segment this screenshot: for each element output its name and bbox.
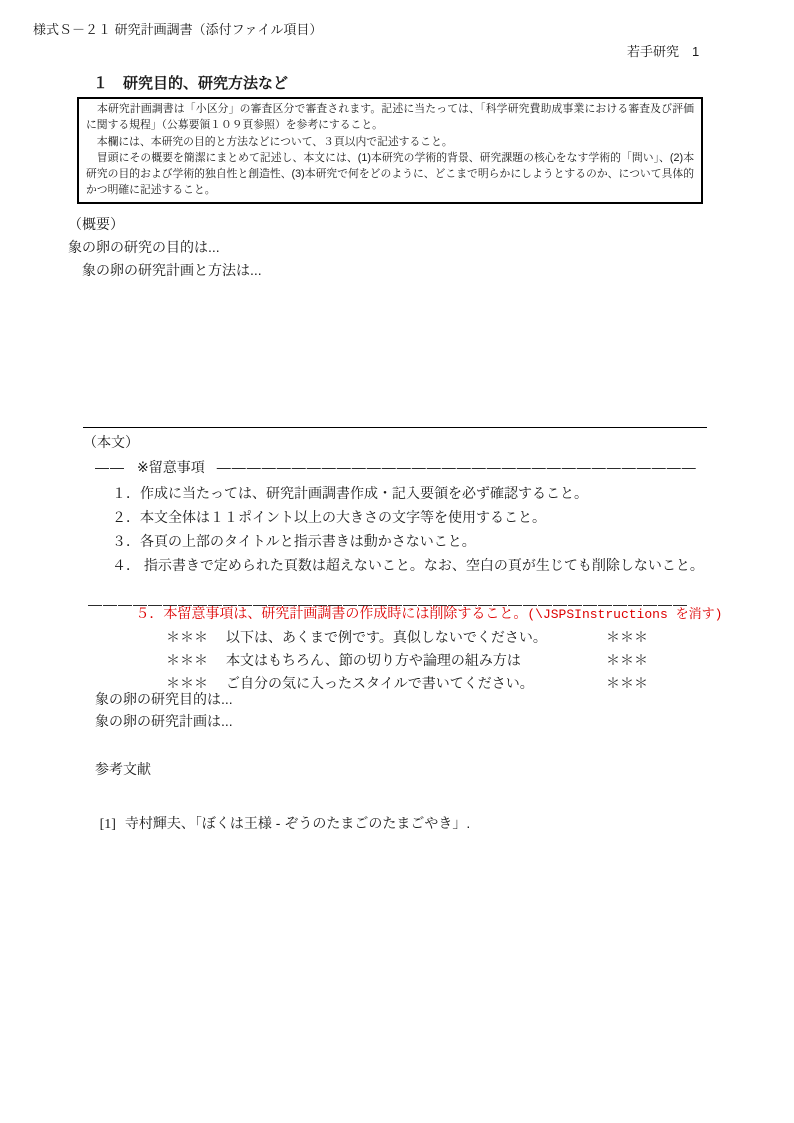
instruction-paragraph-3: 冒頭にその概要を簡潔にまとめて記述し、本文には、(1)本研究の学術的背景、研究課… [86,150,694,199]
references-heading: 参考文献 [95,759,151,779]
note-item-2: ２．本文全体は１１ポイント以上の大きさの文字等を使用すること。 [112,505,722,529]
note-item-1: １．作成に当たっては、研究計画調書作成・記入要領を必ず確認すること。 [112,481,722,505]
example-note-text: ご自分の気に入ったスタイルで書いてください。 [226,672,606,695]
instruction-paragraph-1: 本研究計画調書は「小区分」の審査区分で審査されます。記述に当たっては、「科学研究… [86,101,694,134]
note-item-4: ４． 指示書きで定められた頁数は超えないこと。なお、空白の頁が生じても削除しない… [112,553,722,577]
summary-line: 象の卵の研究の目的は... [68,236,262,259]
dash-run: ———————————————————————————————— [217,459,697,475]
form-number-label: 様式Ｓ－２１ 研究計画調書（添付ファイル項目） [33,19,322,38]
reference-text: 寺村輝夫、「ぼくは王様 - ぞうのたまごのたまごやき」. [125,815,470,831]
instruction-paragraph-2: 本欄には、本研究の目的と方法などについて、３頁以内で記述すること。 [86,134,694,150]
horizontal-rule [83,427,707,428]
example-body-lines: 象の卵の研究目的は... 象の卵の研究計画は... [95,688,233,732]
example-note-text: 本文はもちろん、節の切り方や論理の組み方は [226,649,606,672]
notes-header: —— ※留意事項 ———————————————————————————————… [95,457,697,477]
example-note-row: ＊＊＊本文はもちろん、節の切り方や論理の組み方は＊＊＊ [166,649,648,672]
example-body-line: 象の卵の研究計画は... [95,710,233,732]
asterisk-marker: ＊＊＊ [606,649,648,672]
summary-line: 象の卵の研究計画と方法は... [68,259,262,282]
example-note-text: 以下は、あくまで例です。真似しないでください。 [226,626,606,649]
reference-entry: [1]寺村輝夫、「ぼくは王様 - ぞうのたまごのたまごやき」. [84,797,470,849]
asterisk-marker: ＊＊＊ [166,649,208,672]
summary-label: （概要） [68,213,262,236]
section-heading: １ 研究目的、研究方法など [93,72,288,93]
note-item-3: ３．各頁の上部のタイトルと指示書きは動かさないこと。 [112,529,722,553]
document-page: 様式Ｓ－２１ 研究計画調書（添付ファイル項目） 若手研究 1 １ 研究目的、研究… [0,0,794,1123]
reference-marker: [1] [100,817,116,832]
summary-section: （概要） 象の卵の研究の目的は... 象の卵の研究計画と方法は... [68,213,262,282]
body-label: （本文） [83,432,139,452]
example-body-line: 象の卵の研究目的は... [95,688,233,710]
example-note-row: ＊＊＊ご自分の気に入ったスタイルで書いてください。＊＊＊ [166,672,648,695]
asterisk-marker: ＊＊＊ [166,626,208,649]
grant-category-label: 若手研究 1 [627,41,699,60]
example-note-row: ＊＊＊以下は、あくまで例です。真似しないでください。＊＊＊ [166,626,648,649]
asterisk-marker: ＊＊＊ [606,626,648,649]
dashed-separator: ———————————————————————————————————————— [88,596,688,612]
notes-title: ※留意事項 [137,457,205,477]
example-note-block: ＊＊＊以下は、あくまで例です。真似しないでください。＊＊＊ ＊＊＊本文はもちろん… [166,626,648,695]
dash-prefix: —— [95,459,125,475]
instruction-box: 本研究計画調書は「小区分」の審査区分で審査されます。記述に当たっては、「科学研究… [77,97,703,204]
asterisk-marker: ＊＊＊ [606,672,648,695]
